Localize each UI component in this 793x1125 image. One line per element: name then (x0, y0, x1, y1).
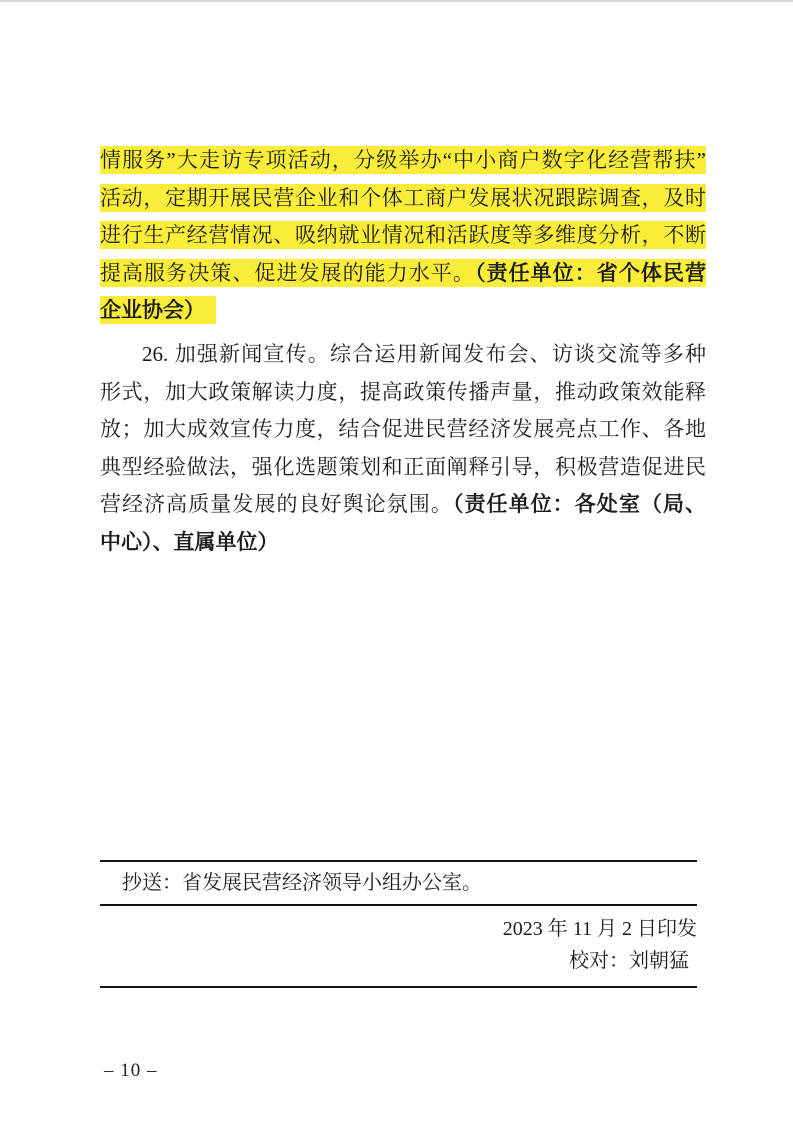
paragraph-26: 26. 加强新闻宣传。综合运用新闻发布会、访谈交流等多种形式，加大政策解读力度，… (100, 336, 706, 562)
document-page: 情服务”大走访专项活动，分级举办“中小商户数字化经营帮扶”活动，定期开展民营企业… (0, 0, 793, 1125)
body-text: 提高服务决策、促进发展的能力水平。 (100, 261, 475, 285)
body-text: 活动，定期开展民营企业和个体工商户发展状况跟踪调查，及时 (100, 186, 706, 210)
copy-to-section: 抄送：省发展民营经济领导小组办公室。 (100, 862, 697, 904)
imprint-section: 2023 年 11 月 2 日印发 校对：刘朝猛 (100, 906, 697, 986)
text-line: 情服务”大走访专项活动，分级举办“中小商户数字化经营帮扶” (100, 142, 706, 180)
responsible-unit-text: （责任单位：省个体民营 (475, 261, 706, 285)
text-line: 形式，加大政策解读力度，提高政策传播声量，推动政策效能释 (100, 374, 706, 412)
text-line: 中心）、直属单位） (100, 524, 706, 562)
text-line: 营经济高质量发展的良好舆论氛围。（责任单位：各处室（局、 (100, 486, 706, 524)
text-line: 26. 加强新闻宣传。综合运用新闻发布会、访谈交流等多种 (100, 336, 706, 374)
paragraph-25-highlighted: 情服务”大走访专项活动，分级举办“中小商户数字化经营帮扶”活动，定期开展民营企业… (100, 142, 706, 330)
responsible-unit-text: 中心）、直属单位） (100, 530, 279, 554)
highlight: 企业协会） (100, 296, 216, 324)
proofreader: 校对：刘朝猛 (100, 945, 697, 977)
print-date: 2023 年 11 月 2 日印发 (100, 913, 697, 945)
document-body: 情服务”大走访专项活动，分级举办“中小商户数字化经营帮扶”活动，定期开展民营企业… (100, 142, 706, 562)
responsible-unit-text: （责任单位：各处室（局、 (453, 492, 706, 516)
highlight: 活动，定期开展民营企业和个体工商户发展状况跟踪调查，及时 (100, 184, 706, 212)
body-text: 26. 加强新闻宣传。综合运用新闻发布会、访谈交流等多种 (142, 342, 706, 366)
text-line: 典型经验做法，强化选题策划和正面阐释引导，积极营造促进民 (100, 449, 706, 487)
body-text: 典型经验做法，强化选题策划和正面阐释引导，积极营造促进民 (100, 455, 706, 479)
text-line: 放；加大成效宣传力度，结合促进民营经济发展亮点工作、各地 (100, 411, 706, 449)
body-text: 放；加大成效宣传力度，结合促进民营经济发展亮点工作、各地 (100, 417, 706, 441)
body-text: 形式，加大政策解读力度，提高政策传播声量，推动政策效能释 (100, 380, 706, 404)
copy-to-text: 抄送：省发展民营经济领导小组办公室。 (122, 872, 482, 894)
responsible-unit-text: 企业协会） (100, 298, 216, 322)
text-line: 活动，定期开展民营企业和个体工商户发展状况跟踪调查，及时 (100, 180, 706, 218)
text-line: 提高服务决策、促进发展的能力水平。（责任单位：省个体民营 (100, 255, 706, 293)
highlight: 情服务”大走访专项活动，分级举办“中小商户数字化经营帮扶” (100, 146, 706, 174)
highlight: 进行生产经营情况、吸纳就业情况和活跃度等多维度分析，不断 (100, 221, 706, 249)
footer: 抄送：省发展民营经济领导小组办公室。 2023 年 11 月 2 日印发 校对：… (100, 860, 697, 988)
footer-rule-bottom (100, 986, 697, 988)
body-text: 进行生产经营情况、吸纳就业情况和活跃度等多维度分析，不断 (100, 223, 706, 247)
text-line: 进行生产经营情况、吸纳就业情况和活跃度等多维度分析，不断 (100, 217, 706, 255)
text-line: 企业协会） (100, 292, 706, 330)
body-text: 营经济高质量发展的良好舆论氛围。 (100, 492, 453, 516)
page-number: – 10 – (104, 1060, 158, 1082)
body-text: 情服务”大走访专项活动，分级举办“中小商户数字化经营帮扶” (100, 148, 706, 172)
highlight: 提高服务决策、促进发展的能力水平。（责任单位：省个体民营 (100, 259, 706, 287)
